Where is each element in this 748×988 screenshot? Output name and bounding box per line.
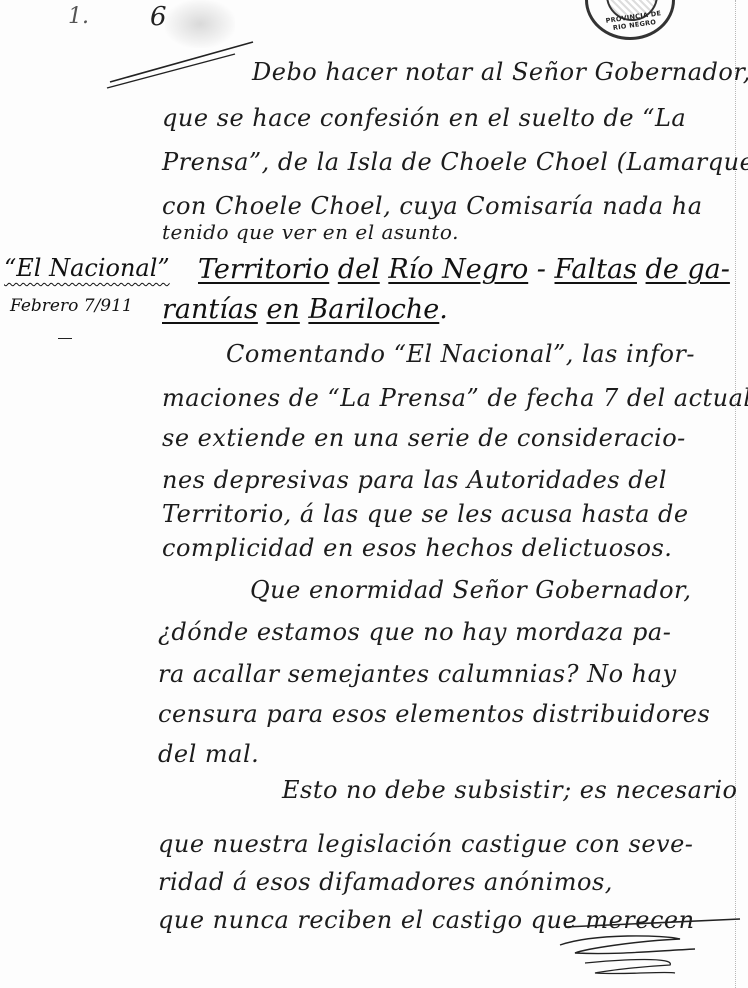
- text-line: nes depresivas para las Autoridades del: [162, 466, 667, 494]
- text-line: complicidad en esos hechos delictuosos.: [162, 534, 672, 562]
- heading-word: rantías: [162, 294, 258, 325]
- top-left-mark: 1.: [68, 4, 89, 29]
- margin-dash: [58, 338, 72, 339]
- text-line: Debo hacer notar al Señor Gobernador,: [252, 58, 748, 86]
- text-line: Esto no debe subsistir; es necesario: [282, 776, 737, 804]
- heading-word: .: [439, 294, 448, 325]
- text-line: ¿dónde estamos que no hay mordaza pa-: [158, 618, 671, 646]
- text-line: que se hace confesión en el suelto de “L…: [162, 104, 686, 132]
- double-slash-lines-icon: [105, 40, 255, 90]
- heading-word: Río Negro: [388, 254, 528, 285]
- heading-word: en: [266, 294, 299, 325]
- margin-note-title: “El Nacional”: [4, 254, 170, 282]
- text-line: del mal.: [158, 740, 259, 768]
- heading-line-1: Territorio del Río Negro - Faltas de ga-: [198, 254, 730, 285]
- heading-line-2: rantías en Bariloche.: [162, 294, 448, 325]
- heading-word: Faltas: [555, 254, 637, 285]
- heading-word: Bariloche: [308, 294, 439, 325]
- text-line: ra acallar semejantes calumnias? No hay: [158, 660, 677, 688]
- text-line: Territorio, á las que se les acusa hasta…: [162, 500, 689, 528]
- manuscript-page: 1. 6 PROVINCIA DE RIO NEGRO Debo hacer n…: [0, 0, 748, 988]
- text-line: censura para esos elementos distribuidor…: [158, 700, 710, 728]
- text-line: Que enormidad Señor Gobernador,: [250, 576, 692, 604]
- text-line: ridad á esos difamadores anónimos,: [158, 868, 613, 896]
- text-line: se extiende en una serie de consideracio…: [162, 424, 686, 452]
- text-line: tenido que ver en el asunto.: [162, 220, 459, 244]
- page-number: 6: [150, 2, 167, 32]
- margin-note-date: Febrero 7/911: [10, 296, 133, 316]
- seal-text: PROVINCIA DE RIO NEGRO: [597, 8, 671, 34]
- heading-word: de ga-: [646, 254, 730, 285]
- text-line: Prensa”, de la Isla de Choele Choel (Lam…: [162, 148, 748, 176]
- text-line: con Choele Choel, cuya Comisaría nada ha: [162, 192, 703, 220]
- official-seal-icon: PROVINCIA DE RIO NEGRO: [585, 0, 675, 40]
- heading-word: -: [537, 254, 546, 285]
- text-line: maciones de “La Prensa” de fecha 7 del a…: [162, 384, 748, 412]
- heading-word: Territorio: [198, 254, 329, 285]
- text-line: Comentando “El Nacional”, las infor-: [226, 340, 695, 368]
- heading-word: del: [338, 254, 380, 285]
- closing-flourish-icon: [555, 915, 745, 985]
- text-line: que nuestra legislación castigue con sev…: [158, 830, 693, 858]
